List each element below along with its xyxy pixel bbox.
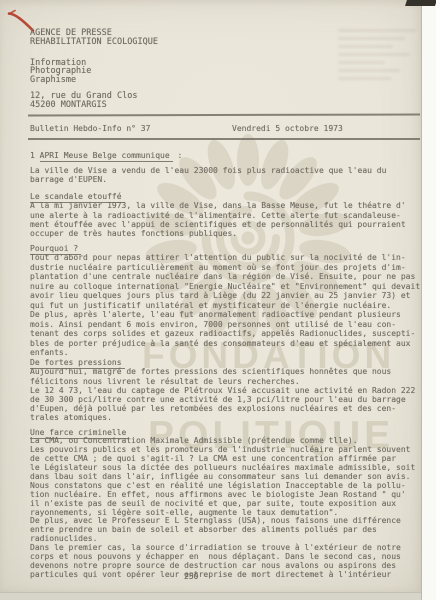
section-paragraph: A la mi janvier 1973, la ville de Vise, … [30, 201, 406, 238]
agency-name: AGENCE DE PRESSE REHABILITATION ECOLOGIQ… [30, 29, 158, 47]
page-number: 250 [184, 572, 198, 581]
lead-paragraph: La ville de Vise a vendu de l'eau 23000 … [30, 167, 386, 184]
bulletin-header: Bulletin Hebdo-Info n° 37 Vendredi 5 oct… [30, 124, 420, 133]
bulletin-divider [28, 138, 420, 140]
section-paragraph: Tout d'abord pour nepas attirer l'attent… [30, 253, 420, 358]
bulletin-date: Vendredi 5 octobre 1973 [232, 124, 343, 133]
section-heading: Le scandale etouffé [30, 192, 406, 201]
headline-suffix: : [173, 151, 183, 160]
masthead-divider [28, 113, 420, 116]
ink-ghosting [338, 24, 416, 112]
scanned-page: FONDATION POLITIQUE AGENCE DE PRESSE REH… [0, 0, 436, 600]
section-pressions: De fortes pressions Aujourd'hui, malgré … [30, 358, 415, 423]
paper-sheet: FONDATION POLITIQUE AGENCE DE PRESSE REH… [0, 0, 422, 592]
scan-bottom-band [0, 592, 422, 600]
section-paragraph: La CMA, ou Concentration Maximale Admiss… [30, 437, 415, 580]
bulletin-issue: Bulletin Hebdo-Info n° 37 [30, 124, 150, 133]
article-headline: 1 APRI Meuse Belge communique : [30, 151, 182, 160]
scanner-background-strip [421, 0, 436, 600]
agency-name-line2: REHABILITATION ECOLOGIQUE [30, 38, 158, 47]
section-scandale: Le scandale etouffé A la mi janvier 1973… [30, 192, 406, 238]
section-pourquoi: Pourquoi ? Tout d'abord pour nepas attir… [30, 244, 420, 358]
section-farce: Une farce criminelle La CMA, ou Concentr… [30, 428, 415, 580]
scan-corner-shadow [405, 0, 436, 6]
section-heading: De fortes pressions [30, 358, 415, 367]
headline-text: APRI Meuse Belge communique [40, 151, 173, 162]
agency-address: 12, rue du Grand Clos 45200 MONTARGIS [30, 92, 137, 109]
section-heading: Pourquoi ? [30, 244, 420, 253]
services-list: InformationPhotographieGraphisme [30, 59, 91, 84]
headline-number: 1 [30, 151, 40, 160]
section-paragraph: Aujourd'hui, malgré de fortes pressions … [30, 367, 415, 422]
address-city: 45200 MONTARGIS [30, 101, 137, 110]
